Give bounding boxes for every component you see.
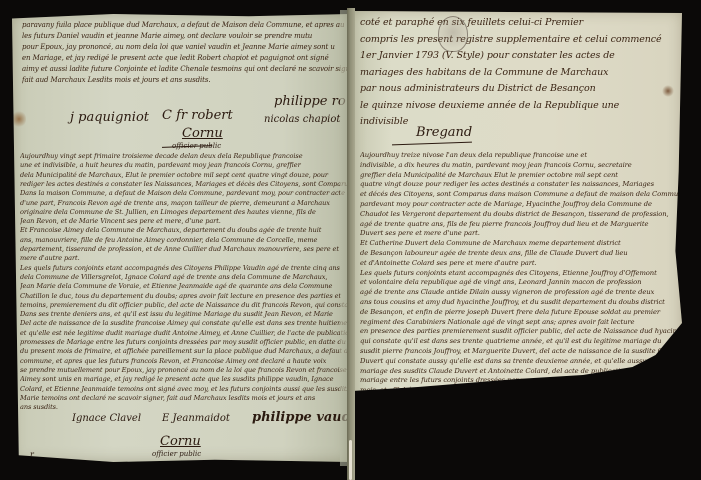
handwritten-line: Del acte de naissance de la susdite fran… xyxy=(20,319,348,328)
handwritten-line: et décés des Citoyens, sont Comparus dan… xyxy=(360,190,680,200)
signature-philippe-rodir: philippe ro dir xyxy=(274,94,350,109)
handwritten-line: qui constate qu'il est dans ses trente q… xyxy=(360,337,680,347)
handwritten-line: Aujourdhuy vingt sept frimaire troisieme… xyxy=(20,152,348,161)
handwritten-line: quatre vingt douze pour rediger les acte… xyxy=(360,180,680,190)
handwritten-line: dela Commune de Villersgrelot, Ignace Co… xyxy=(20,273,348,282)
handwritten-line: aimy et aussi ladite future Conjointe et… xyxy=(22,64,347,75)
handwritten-line: d'une part, Francois Revon agé de trente… xyxy=(20,199,348,208)
handwritten-line: le quinze nivose deuxieme année de la Re… xyxy=(360,98,680,115)
handwritten-line: par nous administrateurs du District de … xyxy=(360,81,680,98)
handwritten-line: une et indivisible, a huit heures du mat… xyxy=(20,161,348,170)
handwritten-line: ans tous cousins et amy dud hyacinthe Jo… xyxy=(360,298,680,308)
signature-flourish xyxy=(392,142,472,147)
handwritten-line: commune, et apres que les futurs francoi… xyxy=(20,357,348,366)
handwritten-line: Marie temoins ont declaré ne scavoir sig… xyxy=(20,394,348,403)
handwritten-line: promesses de Mariage entre les futurs co… xyxy=(20,338,348,347)
handwritten-line: coté et paraphé en six feuillets celui-c… xyxy=(360,15,680,32)
signature-officer-cornu-top: Cornu xyxy=(182,126,223,141)
signature-robert: C fr robert xyxy=(162,108,233,123)
handwritten-line: paravany fuila place publique dud Marcha… xyxy=(22,20,347,31)
document-scan: paravany fuila place publique dud Marcha… xyxy=(0,0,701,480)
handwritten-line: indivisible xyxy=(360,114,680,131)
handwritten-line: ans, manouvriere, fille de feu Antoine A… xyxy=(20,236,348,245)
handwritten-line: Chatillon le duc, tous du departement du… xyxy=(20,292,348,301)
handwritten-line: Chaudot les Vergeront departement du dou… xyxy=(360,210,680,220)
handwritten-line: 1er Janvier 1793 (V. Style) pour constat… xyxy=(360,48,680,65)
paper-stain xyxy=(12,110,26,128)
handwritten-line: fait aud Marchaux Lesdits mois et jours … xyxy=(22,75,347,86)
handwritten-line: Et Francoise Aimey dela Commune de March… xyxy=(20,226,348,235)
handwritten-line: du present mois de frimaire, et affichée… xyxy=(20,347,348,356)
handwritten-line: temoins, premierement du dit officier pu… xyxy=(20,301,348,310)
handwritten-line: compris les present registre supplementa… xyxy=(360,32,680,49)
handwritten-line: Aimey sont unis en mariage, et jay redig… xyxy=(20,375,348,384)
handwritten-line: mere d'autre part. xyxy=(20,254,348,263)
handwritten-line: Et Catherine Duvert dela Commune de Marc… xyxy=(360,239,680,249)
handwritten-line: et qu'elle est née legitime dudit mariag… xyxy=(20,329,348,338)
handwritten-line: departement, tisserand de profession, et… xyxy=(20,245,348,254)
handwritten-line: de Besançon, et enfin de pierre joseph D… xyxy=(360,308,680,318)
handwritten-line: greffier dela Municipalité de Marchaux E… xyxy=(360,171,680,181)
signature-paquigniot: j paquigniot xyxy=(70,110,149,125)
signature-chapiot: nicolas chapiot xyxy=(264,114,340,125)
handwritten-line: Les quels futurs conjoints etant accompa… xyxy=(20,264,348,273)
signature-philippe-vaudin: philippe vaudin xyxy=(252,410,350,425)
handwritten-line: Duvert ses pere et mere d'une part. xyxy=(360,229,680,239)
handwritten-line: les futurs Daniel vaudin et jeanne Marie… xyxy=(22,31,347,42)
handwritten-line: de Besançon laboureur agée de trente deu… xyxy=(360,249,680,259)
officer-title-bottom: officier public xyxy=(152,450,201,458)
handwritten-line: originaire dela Commune de St. Jullien, … xyxy=(20,208,348,217)
binding-thread xyxy=(349,440,352,480)
handwritten-line: Aujourdhuy treize nivose l'an deux dela … xyxy=(360,151,680,161)
handwritten-line: Duvert qui constate aussy qu'elle est da… xyxy=(360,357,680,367)
handwritten-line: en Mariage, et jay redigé le present act… xyxy=(22,53,347,64)
signature-bregand: Bregand xyxy=(416,125,472,140)
handwritten-line: dela Municipalité de Marchaux, Elut le p… xyxy=(20,171,348,180)
handwritten-line: se prendre mutuellement pour Epoux, jay … xyxy=(20,366,348,375)
handwritten-line: mariage entre les futurs conjoints dress… xyxy=(360,376,680,386)
handwritten-line: regiment des Carabiniers Nationale agé d… xyxy=(360,318,680,328)
right-page: coté et paraphé en six feuillets celui-c… xyxy=(352,11,682,411)
handwritten-line: Jean Marie dela Commune de Voraie, et Et… xyxy=(20,282,348,291)
handwritten-line: mariage des susdits Claude Duvert et Ant… xyxy=(360,367,680,377)
left-page: paravany fuila place publique dud Marcha… xyxy=(12,14,350,462)
handwritten-line: agé de trente ans Claude antide Dilain a… xyxy=(360,288,680,298)
handwritten-line: mois, et affichée pareillement sur la pl… xyxy=(360,386,680,396)
handwritten-line: Jean Revon, et de Marie Vincent ses pere… xyxy=(20,217,348,226)
binding-gutter xyxy=(347,8,355,480)
official-seal-stamp xyxy=(438,16,468,52)
handwritten-line: et volontaire dela republique agé de vin… xyxy=(360,278,680,288)
signature-ignace-clavel: Ignace Clavel xyxy=(72,413,141,424)
handwritten-line: Les quels futurs conjoints etant accompa… xyxy=(360,269,680,279)
signature-jeanmaidot: E Jeanmaidot xyxy=(162,413,230,424)
signature-officer-cornu-bottom: Cornu xyxy=(160,434,201,449)
handwritten-line: en presence des parties premierement sus… xyxy=(360,327,680,337)
handwritten-line: susdit pierre francois Jouffroy, et Marg… xyxy=(360,347,680,357)
handwritten-line: rediger les actes destinés a constater l… xyxy=(20,180,348,189)
handwritten-line: et d'Antoinette Colard ses pere et mere … xyxy=(360,259,680,269)
paper-stain xyxy=(662,85,674,97)
handwritten-line: agé de trente quatre ans, fils de feu pi… xyxy=(360,220,680,230)
handwritten-line: indivisible, a dix heures du matin, pard… xyxy=(360,161,680,171)
handwritten-line: pour Epoux, jay prononcé, au nom dela lo… xyxy=(22,42,347,53)
handwritten-line: Dans la maison Commune, a defaut de Mais… xyxy=(20,189,348,198)
folio-mark: r xyxy=(30,450,34,459)
handwritten-line: Dans ses trente deniers ans, et qu'il es… xyxy=(20,310,348,319)
handwritten-line: mariages des habitans de la Commune de M… xyxy=(360,65,680,82)
handwritten-line: pardevant moy pour contracter acte de Ma… xyxy=(360,200,680,210)
handwritten-line: Colard, et Etienne Jeanmaide temoins ont… xyxy=(20,385,348,394)
